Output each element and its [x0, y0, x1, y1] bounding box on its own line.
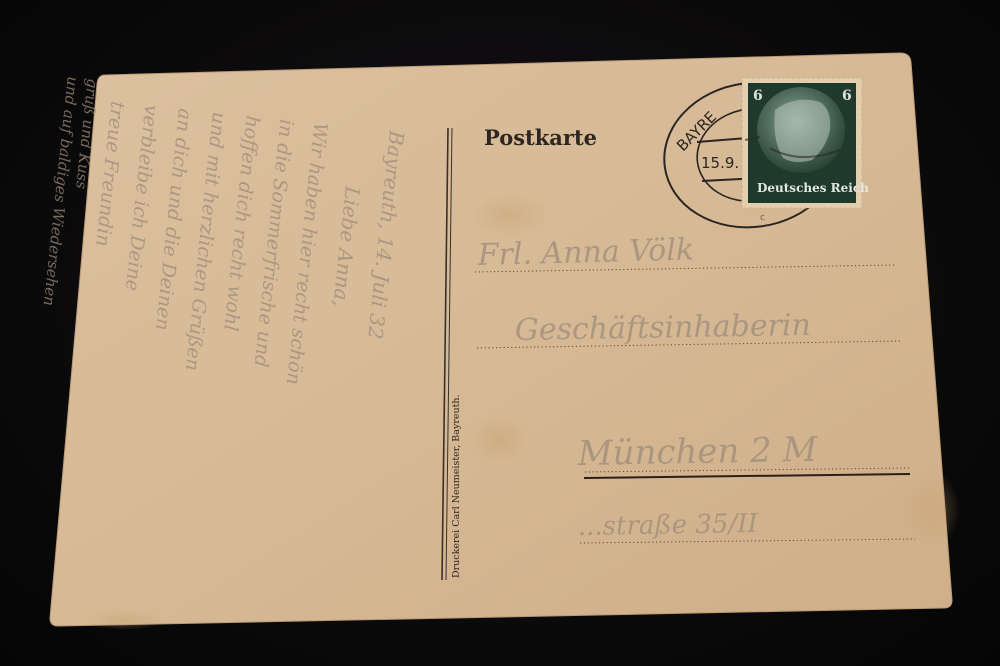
printer-imprint: Druckerei Carl Neumeister, Bayreuth.: [451, 394, 462, 578]
age-stain: [470, 193, 550, 237]
address-line-1: Frl. Anna Völk: [476, 232, 694, 273]
age-stain: [85, 610, 165, 630]
address-line-4: ...straße 35/II: [578, 509, 759, 542]
age-stain: [900, 470, 960, 550]
address-line-3: München 2 M: [576, 430, 818, 474]
postage-stamp: 6 6 Deutsches Reich: [742, 78, 869, 208]
postmark-mark: c: [760, 213, 765, 223]
svg-text:6: 6: [753, 88, 763, 104]
svg-text:und auf baldiges Wiedersehen: und auf baldiges Wiedersehen: [40, 76, 82, 307]
svg-text:6: 6: [842, 88, 852, 104]
postcard-photo: Druckerei Carl Neumeister, Bayreuth. Pos…: [0, 0, 1000, 666]
postmark-date: 15.9.: [701, 154, 739, 172]
address-line-2: Geschäftsinhaberin: [515, 308, 812, 348]
svg-text:Deutsches Reich: Deutsches Reich: [757, 181, 869, 195]
age-stain: [470, 415, 530, 465]
postcard-title: Postkarte: [484, 125, 597, 150]
